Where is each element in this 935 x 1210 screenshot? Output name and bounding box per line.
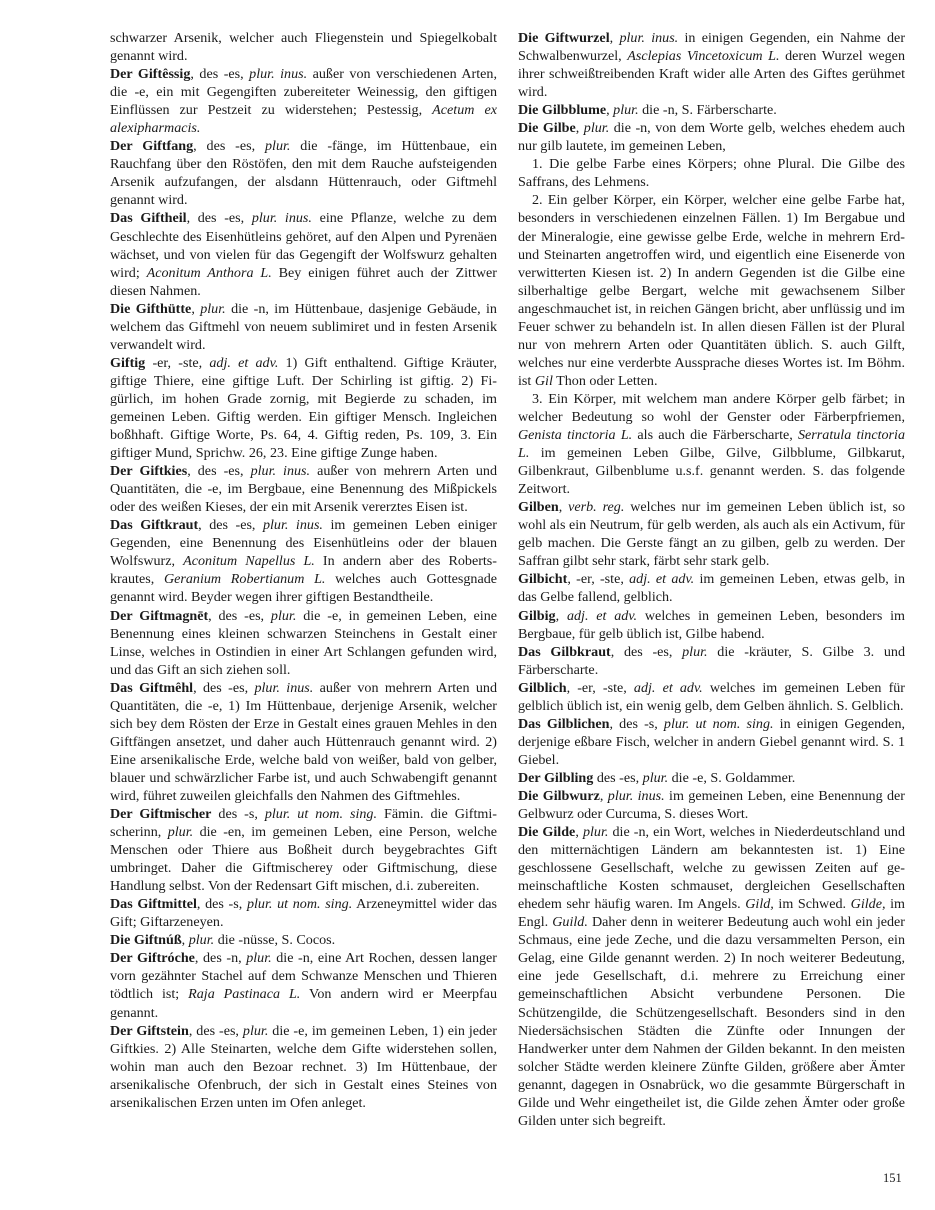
italic-term: plur.	[168, 824, 193, 840]
italic-term: adj. et adv.	[209, 355, 278, 371]
italic-term: plur.	[271, 608, 296, 624]
right-column: Die Giftwurzel, plur. inus. in einigen G…	[518, 29, 905, 1130]
entry-text: 3. Ein Körper, mit welchem man andere Kö…	[518, 391, 905, 425]
italic-term: plur. inus.	[254, 680, 313, 696]
entry-text: -er, -ste,	[145, 355, 209, 371]
entry-text: ,	[576, 120, 584, 136]
dictionary-entry: Gilbicht, -er, -ste, adj. et adv. im gem…	[518, 570, 905, 606]
italic-term: plur. inus.	[249, 66, 307, 82]
dictionary-entry: Die Gilbblume, plur. die -n, S. Färbersc…	[518, 101, 905, 119]
dictionary-entry: Das Giftmêhl, des -es, plur. inus. außer…	[110, 679, 497, 805]
entry-text: ,	[600, 788, 608, 804]
italic-term: Gilde,	[851, 896, 886, 912]
entry-text: 1. Die gelbe Farbe eines Körpers; ohne P…	[518, 156, 905, 190]
left-column: schwarzer Arsenik, welcher auch Fliegens…	[110, 29, 497, 1112]
dictionary-entry: Der Giftstein, des -es, plur. die -e, im…	[110, 1022, 497, 1112]
headword: Die Gifthütte	[110, 301, 191, 317]
entry-text: die -nüsse, S. Cocos.	[214, 932, 335, 948]
dictionary-entry: Gilbig, adj. et adv. welches in gemeinen…	[518, 607, 905, 643]
dictionary-subsense: 1. Die gelbe Farbe eines Körpers; ohne P…	[518, 155, 905, 191]
dictionary-entry: Das Giftheil, des -es, plur. inus. eine …	[110, 209, 497, 299]
italic-term: plur. ut nom. sing.	[247, 896, 352, 912]
entry-text: als auch die Färberscharte,	[632, 427, 798, 443]
headword: Das Giftmêhl	[110, 680, 193, 696]
headword: Der Giftmischer	[110, 806, 211, 822]
dictionary-entry: Das Giftkraut, des -es, plur. inus. im g…	[110, 516, 497, 606]
dictionary-entry: Das Gilbkraut, des -es, plur. die -kräut…	[518, 643, 905, 679]
italic-term: plur.	[246, 950, 271, 966]
dictionary-entry: Die Giftnúß, plur. die -nüsse, S. Cocos.	[110, 931, 497, 949]
dictionary-entry: Das Gilblichen, des -s, plur. ut nom. si…	[518, 715, 905, 769]
headword: Der Gilbling	[518, 770, 593, 786]
dictionary-entry: Die Gifthütte, plur. die -n, im Hüttenba…	[110, 300, 497, 354]
entry-text: ,	[556, 608, 567, 624]
headword: Giftig	[110, 355, 145, 371]
entry-text: , des -es,	[193, 680, 254, 696]
entry-text: im gemeinen Leben Gilbe, Gilve, Gilbblum…	[518, 445, 905, 497]
entry-text: , des -es,	[187, 210, 252, 226]
entry-text: , des -es,	[189, 1023, 243, 1039]
italic-term: plur. inus.	[608, 788, 665, 804]
italic-term: Aconitum Napellus L.	[183, 553, 315, 569]
italic-term: plur. ut nom. sing.	[265, 806, 377, 822]
dictionary-entry: Das Giftmittel, des -s, plur. ut nom. si…	[110, 895, 497, 931]
italic-term: plur.	[243, 1023, 268, 1039]
headword: Der Giftfang	[110, 138, 193, 154]
entry-text: des -es,	[593, 770, 642, 786]
italic-term: Gild,	[745, 896, 774, 912]
headword: Gilben	[518, 499, 559, 515]
page-number: 151	[883, 1171, 902, 1186]
italic-term: plur.	[583, 824, 608, 840]
entry-text: , -er, -ste,	[567, 680, 634, 696]
dictionary-entry: Der Giftêssig, des -es, plur. inus. auße…	[110, 65, 497, 137]
headword: Die Gilbwurz	[518, 788, 600, 804]
entry-text: die -n, S. Färberscharte.	[639, 102, 777, 118]
italic-term: plur.	[682, 644, 707, 660]
entry-text: ,	[575, 824, 583, 840]
dictionary-entry: schwarzer Arsenik, welcher auch Fliegens…	[110, 29, 497, 65]
italic-term: Gil	[535, 373, 553, 389]
entry-text: außer von mehrern Arten und Quantitäten,…	[110, 680, 497, 804]
entry-text: , des -s,	[610, 716, 664, 732]
italic-term: Geranium Robertianum L.	[164, 571, 326, 587]
entry-text: , -er, -ste,	[567, 571, 629, 587]
entry-text: , des -n,	[195, 950, 246, 966]
dictionary-entry: Der Gilbling des -es, plur. die -e, S. G…	[518, 769, 905, 787]
headword: Das Gilblichen	[518, 716, 610, 732]
headword: Der Giftróche	[110, 950, 195, 966]
dictionary-entry: Der Giftmagnēt, des -es, plur. die -e, i…	[110, 607, 497, 679]
italic-term: plur. inus.	[251, 463, 311, 479]
dictionary-entry: Gilben, verb. reg. welches nur im gemein…	[518, 498, 905, 570]
headword: Gilbig	[518, 608, 556, 624]
entry-text: ,	[182, 932, 189, 948]
italic-term: Genista tinctoria L.	[518, 427, 632, 443]
entry-text: , des -s,	[197, 896, 247, 912]
dictionary-entry: Die Giftwurzel, plur. inus. in einigen G…	[518, 29, 905, 101]
entry-text: schwarzer Arsenik, welcher auch Fliegens…	[110, 30, 497, 64]
italic-term: verb. reg.	[568, 499, 624, 515]
entry-text: Daher denn in weiterer Bedeutung auch wo…	[518, 914, 905, 1129]
headword: Gilbicht	[518, 571, 567, 587]
dictionary-subsense: 2. Ein gelber Körper, ein Körper, welche…	[518, 191, 905, 390]
italic-term: plur.	[265, 138, 290, 154]
dictionary-entry: Die Gilbwurz, plur. inus. im gemeinen Le…	[518, 787, 905, 823]
headword: Der Giftstein	[110, 1023, 189, 1039]
entry-text: , des -es,	[187, 463, 250, 479]
headword: Die Gilde	[518, 824, 575, 840]
entry-text: , des -es,	[193, 138, 265, 154]
italic-term: plur. inus.	[263, 517, 323, 533]
entry-text: , des -es,	[208, 608, 271, 624]
headword: Das Giftheil	[110, 210, 187, 226]
italic-term: Guild.	[552, 914, 588, 930]
entry-text: des -s,	[211, 806, 264, 822]
entry-text: , des -es,	[198, 517, 263, 533]
headword: Das Gilbkraut	[518, 644, 611, 660]
italic-term: Raja Pastinaca L.	[188, 986, 300, 1002]
italic-term: adj. et adv.	[634, 680, 703, 696]
entry-text: ,	[191, 301, 200, 317]
dictionary-entry: Der Giftmischer des -s, plur. ut nom. si…	[110, 805, 497, 895]
italic-term: adj. et adv.	[567, 608, 637, 624]
dictionary-entry: Der Giftfang, des -es, plur. die -fänge,…	[110, 137, 497, 209]
italic-term: plur.	[643, 770, 668, 786]
italic-term: plur.	[200, 301, 225, 317]
italic-term: adj. et adv.	[629, 571, 694, 587]
entry-text: ,	[559, 499, 568, 515]
italic-term: Aconitum Anthora L.	[147, 265, 272, 281]
dictionary-entry: Die Gilbe, plur. die -n, von dem Worte g…	[518, 119, 905, 155]
entry-text: Thon oder Letten.	[553, 373, 658, 389]
entry-text: , des -es,	[190, 66, 249, 82]
entry-text: die -e, S. Goldammer.	[668, 770, 795, 786]
italic-term: plur.	[613, 102, 638, 118]
headword: Der Giftmagnēt	[110, 608, 208, 624]
headword: Das Giftkraut	[110, 517, 198, 533]
dictionary-entry: Der Giftkies, des -es, plur. inus. außer…	[110, 462, 497, 516]
headword: Die Giftwurzel	[518, 30, 610, 46]
dictionary-subsense: 3. Ein Körper, mit welchem man andere Kö…	[518, 390, 905, 498]
dictionary-entry: Giftig -er, -ste, adj. et adv. 1) Gift e…	[110, 354, 497, 462]
dictionary-entry: Die Gilde, plur. die -n, ein Wort, welch…	[518, 823, 905, 1130]
entry-text: 2. Ein gelber Körper, ein Körper, welche…	[518, 192, 905, 388]
italic-term: plur. ut nom. sing.	[664, 716, 774, 732]
italic-term: plur.	[584, 120, 609, 136]
headword: Die Gilbe	[518, 120, 576, 136]
headword: Die Giftnúß	[110, 932, 182, 948]
italic-term: plur.	[189, 932, 214, 948]
dictionary-entry: Der Giftróche, des -n, plur. die -n, ein…	[110, 949, 497, 1021]
dictionary-entry: Gilblich, -er, -ste, adj. et adv. welche…	[518, 679, 905, 715]
italic-term: plur. inus.	[252, 210, 312, 226]
entry-text: im Schwed.	[774, 896, 851, 912]
entry-text: ,	[610, 30, 620, 46]
headword: Der Giftkies	[110, 463, 187, 479]
headword: Gilblich	[518, 680, 567, 696]
italic-term: Asclepias Vincetoxicum L.	[627, 48, 779, 64]
headword: Die Gilbblume	[518, 102, 606, 118]
italic-term: plur. inus.	[619, 30, 678, 46]
entry-text: , des -es,	[611, 644, 682, 660]
headword: Der Giftêssig	[110, 66, 190, 82]
headword: Das Giftmittel	[110, 896, 197, 912]
